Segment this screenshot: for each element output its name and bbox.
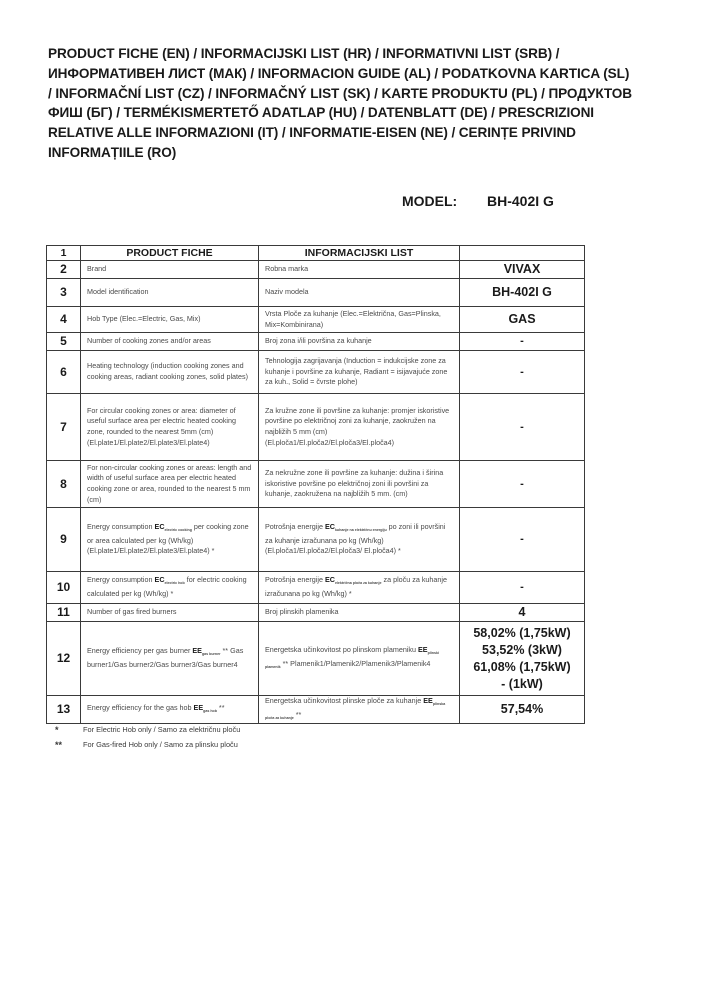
product-fiche-table: 1 PRODUCT FICHE INFORMACIJSKI LIST 2 Bra…: [46, 245, 585, 724]
ee-symbol: EE: [418, 645, 428, 654]
ec-symbol: EC: [155, 575, 165, 584]
text: Energetska učinkovitost plinske ploče za…: [265, 696, 423, 705]
label-hr: Potrošnja energije ECkuhanje na električ…: [259, 508, 460, 572]
row-number: 9: [47, 508, 81, 572]
row-number: 5: [47, 333, 81, 351]
ec-symbol: EC: [325, 522, 335, 531]
title-line: / INFORMAČNÍ LIST (CZ) / INFORMAČNÝ LIST…: [48, 84, 668, 104]
label-en: Heating technology (induction cooking zo…: [81, 351, 259, 394]
header-informacijski-list: INFORMACIJSKI LIST: [259, 246, 460, 261]
value-cell: -: [460, 333, 585, 351]
header-product-fiche: PRODUCT FICHE: [81, 246, 259, 261]
ee-symbol: EE: [194, 703, 204, 712]
label-en: Number of gas fired burners: [81, 604, 259, 622]
label-hr: Robna marka: [259, 261, 460, 279]
table-row: 13 Energy efficiency for the gas hob EEg…: [47, 696, 585, 724]
table-row: 6 Heating technology (induction cooking …: [47, 351, 585, 394]
title-line: RELATIVE ALLE INFORMAZIONI (IT) / INFORM…: [48, 123, 668, 143]
row-number: 10: [47, 572, 81, 604]
title-line: ИНФОРМАТИВЕН ЛИСТ (МАК) / INFORMACION GU…: [48, 64, 668, 84]
burner-efficiency-3: 61,08% (1,75kW): [466, 659, 578, 676]
table-row: 11 Number of gas fired burners Broj plin…: [47, 604, 585, 622]
label-en: Energy efficiency for the gas hob EEgas …: [81, 696, 259, 724]
header-value: [460, 246, 585, 261]
label-hr: Naziv modela: [259, 279, 460, 307]
row-number: 7: [47, 394, 81, 461]
value-cell: GAS: [460, 307, 585, 333]
row-number: 3: [47, 279, 81, 307]
row-number: 4: [47, 307, 81, 333]
ec-symbol: EC: [155, 522, 165, 531]
row-number: 13: [47, 696, 81, 724]
label-hr: Energetska učinkovitost po plinskom plam…: [259, 622, 460, 696]
footnote: * For Electric Hob only / Samo za elektr…: [55, 722, 240, 737]
model-label: MODEL:: [402, 193, 457, 209]
label-hr: Energetska učinkovitost plinske ploče za…: [259, 696, 460, 724]
label-en: For circular cooking zones or area: diam…: [81, 394, 259, 461]
document-title: PRODUCT FICHE (EN) / INFORMACIJSKI LIST …: [48, 44, 668, 163]
table-header-row: 1 PRODUCT FICHE INFORMACIJSKI LIST: [47, 246, 585, 261]
footnote-mark: **: [55, 740, 83, 750]
ee-symbol: EE: [423, 696, 433, 705]
label-en: For non-circular cooking zones or areas:…: [81, 461, 259, 508]
text: Energy efficiency for the gas hob: [87, 703, 194, 712]
footnote-mark: *: [55, 725, 83, 735]
value-cell: BH-402I G: [460, 279, 585, 307]
value-cell: -: [460, 461, 585, 508]
label-en: Energy consumption ECelectric hob for el…: [81, 572, 259, 604]
label-en: Model identification: [81, 279, 259, 307]
label-en: Brand: [81, 261, 259, 279]
table-row: 9 Energy consumption ECelectric cooking …: [47, 508, 585, 572]
burner-efficiency-1: 58,02% (1,75kW): [466, 625, 578, 642]
table-row: 8 For non-circular cooking zones or area…: [47, 461, 585, 508]
value-cell: -: [460, 572, 585, 604]
text: **: [217, 703, 225, 712]
row-number: 8: [47, 461, 81, 508]
text: Energy consumption: [87, 575, 155, 584]
table-row: 12 Energy efficiency per gas burner EEga…: [47, 622, 585, 696]
title-line: ФИШ (БГ) / TERMÉKISMERTETŐ ADATLAP (HU) …: [48, 103, 668, 123]
value-cell: 58,02% (1,75kW) 53,52% (3kW) 61,08% (1,7…: [460, 622, 585, 696]
value-cell: VIVAX: [460, 261, 585, 279]
ec-subscript: kuhanje na električnu energiju: [335, 528, 387, 532]
ee-subscript: gas hob: [203, 709, 217, 713]
ec-subscript: electric cooking: [165, 528, 192, 532]
table-row: 5 Number of cooking zones and/or areas B…: [47, 333, 585, 351]
burner-efficiency-2: 53,52% (3kW): [466, 642, 578, 659]
row-number: 6: [47, 351, 81, 394]
text: **: [294, 710, 302, 719]
model-value: BH-402I G: [487, 193, 554, 209]
label-en: Energy efficiency per gas burner EEgas b…: [81, 622, 259, 696]
label-en: Energy consumption ECelectric cooking pe…: [81, 508, 259, 572]
label-hr: Broj plinskih plamenika: [259, 604, 460, 622]
footnotes: * For Electric Hob only / Samo za elektr…: [55, 722, 240, 752]
label-hr: Tehnologija zagrijavanja (Induction = in…: [259, 351, 460, 394]
value-cell: -: [460, 394, 585, 461]
text: Energy efficiency per gas burner: [87, 646, 192, 655]
footnote-text: For Electric Hob only / Samo za električ…: [83, 725, 240, 734]
row-number: 2: [47, 261, 81, 279]
table-row: 10 Energy consumption ECelectric hob for…: [47, 572, 585, 604]
ec-subscript: electric hob: [165, 581, 185, 585]
table-row: 2 Brand Robna marka VIVAX: [47, 261, 585, 279]
label-hr: Potrošnja energije ECelektrična ploča za…: [259, 572, 460, 604]
footnote-text: For Gas-fired Hob only / Samo za plinsku…: [83, 740, 238, 749]
text: ** Plamenik1/Plamenik2/Plamenik3/Plameni…: [281, 659, 431, 668]
value-cell: 4: [460, 604, 585, 622]
label-hr: Broj zona i/ili površina za kuhanje: [259, 333, 460, 351]
row-number: 11: [47, 604, 81, 622]
burner-efficiency-4: - (1kW): [466, 676, 578, 693]
text: Energy consumption: [87, 522, 155, 531]
table-row: 7 For circular cooking zones or area: di…: [47, 394, 585, 461]
value-cell: -: [460, 508, 585, 572]
label-en: Hob Type (Elec.=Electric, Gas, Mix): [81, 307, 259, 333]
text: Potrošnja energije: [265, 522, 325, 531]
label-en: Number of cooking zones and/or areas: [81, 333, 259, 351]
value-cell: 57,54%: [460, 696, 585, 724]
text: Potrošnja energije: [265, 575, 325, 584]
ec-subscript: električna ploča za kuhanje: [335, 581, 382, 585]
table-row: 3 Model identification Naziv modela BH-4…: [47, 279, 585, 307]
value-cell: -: [460, 351, 585, 394]
title-line: PRODUCT FICHE (EN) / INFORMACIJSKI LIST …: [48, 44, 668, 64]
ee-subscript: gas burner: [202, 652, 221, 656]
row-number: 12: [47, 622, 81, 696]
label-hr: Vrsta Ploče za kuhanje (Elec.=Električna…: [259, 307, 460, 333]
ee-symbol: EE: [192, 646, 202, 655]
label-hr: Za kružne zone ili površine za kuhanje: …: [259, 394, 460, 461]
table-row: 4 Hob Type (Elec.=Electric, Gas, Mix) Vr…: [47, 307, 585, 333]
label-hr: Za nekružne zone ili površine za kuhanje…: [259, 461, 460, 508]
row-number: 1: [47, 246, 81, 261]
ec-symbol: EC: [325, 575, 335, 584]
title-line: INFORMAȚIILE (RO): [48, 143, 668, 163]
footnote: ** For Gas-fired Hob only / Samo za plin…: [55, 737, 240, 752]
text: Energetska učinkovitost po plinskom plam…: [265, 645, 418, 654]
